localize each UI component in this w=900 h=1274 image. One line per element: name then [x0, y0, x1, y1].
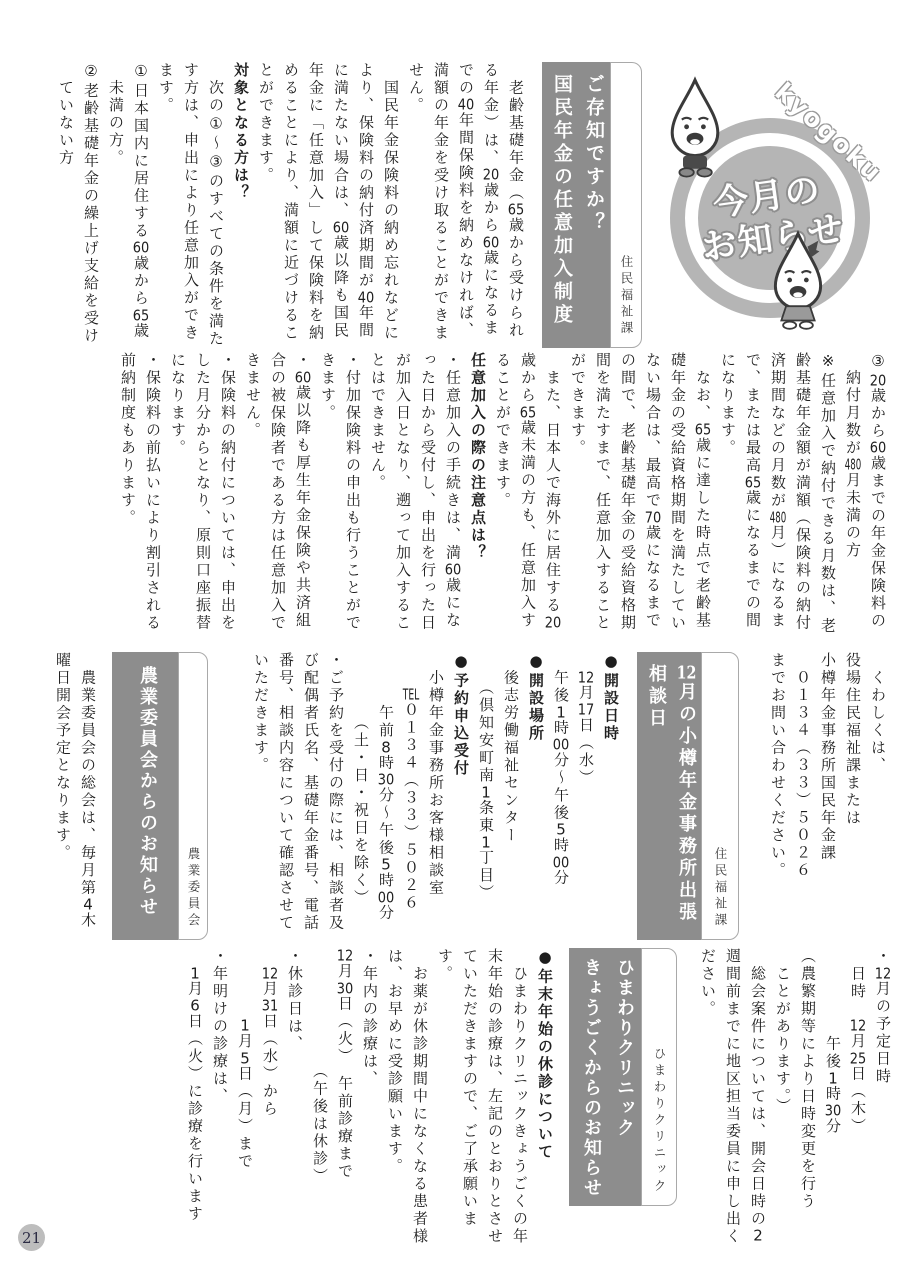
note: ※任意加入で納付できる月数は、老齢基礎年金額が満額（保険料の納付済期間などの月数…	[715, 352, 840, 644]
list-item: ・保険料の前払いにより割引される前納制度もあります。	[115, 352, 165, 644]
article-title-line: 12月の小樽年金事務所出張	[671, 664, 701, 940]
paragraph: （農繁期等により日時変更を行う ことがあります。）	[770, 948, 820, 1248]
list-item: ・年内の診療は、 12月30日（火） 午前診療まで （午後は休診）	[307, 948, 382, 1248]
article-header-pension: ご存知ですか？ 国民年金の任意加入制度 住民福祉課	[542, 62, 642, 348]
paragraph: 小樽年金事務所お客様相談室 TEL０１３４（３３）５０２６ 午前8時30分～午後…	[348, 652, 448, 940]
paragraph: 農業委員会の総会は、毎月第4木曜日開会予定となります。	[50, 652, 100, 940]
article-title-line: 国民年金の任意加入制度	[546, 74, 578, 348]
paragraph: お薬が休診期間中になくなる患者様は、お早めに受診願います。	[382, 948, 432, 1248]
page-number: 21	[18, 1224, 45, 1251]
article-title-line: ひまわりクリニック	[608, 958, 641, 1206]
page-number-label: 21	[22, 1229, 41, 1247]
paragraph: なお、65歳に達した時点で老齢基礎年金の受給資格期間を満たしていない場合は、最高…	[565, 352, 715, 644]
paragraph: くわしくは、 役場住民福祉課または 小樽年金事務所国民年金課 ０１３４（３３）５…	[765, 652, 890, 940]
subheading: 対象となる方は？	[228, 62, 253, 348]
article-title-clinic: ひまわりクリニック きょうごくからのお知らせ	[569, 948, 641, 1206]
subheading: ●年末年始の休診について	[532, 948, 557, 1248]
list-item: ②老齢基礎年金の繰上げ支給を受け ていない方	[53, 62, 103, 348]
paragraph: 後志労働福祉センター （倶知安町南1条東1丁目）	[473, 652, 523, 940]
article-header-clinic: ひまわりクリニック きょうごくからのお知らせ ひまわりクリニック	[569, 948, 677, 1206]
article-title-line: 農業委員会からのお知らせ	[116, 666, 178, 940]
subheading: 任意加入の際の注意点は？	[465, 352, 490, 644]
list-item: ③20歳から60歳までの年金保険料の 納付月数が480月未満の方	[840, 352, 890, 644]
mascot-girl-icon	[759, 230, 837, 330]
section-agriculture-clinic: ・12月の予定日時 日時 12月25日（木） 午後1時30分 （農繁期等により日…	[55, 948, 895, 1248]
list-item: ・12月の予定日時 日時 12月25日（木） 午後1時30分	[820, 948, 895, 1248]
paragraph: ひまわりクリニックきょうごくの年末年始の診療は、左記のとおりとさせていただきます…	[432, 948, 532, 1248]
subheading: ●開設日時	[598, 652, 623, 940]
dept-tag: ひまわりクリニック	[641, 948, 677, 1206]
list-item: ・ご予約を受付の際には、相談者及び配偶者氏名、基礎年金番号、電話番号、相談内容に…	[248, 652, 348, 940]
article-header-pension-office: 12月の小樽年金事務所出張 相談日 住民福祉課	[637, 652, 739, 940]
list-item: ・付加保険料の申出も行うことができます。	[315, 352, 365, 644]
paragraph: 12月17日（水） 午後1時00分～午後5時00分	[548, 652, 598, 940]
dept-tag: 住民福祉課	[610, 62, 642, 348]
article-title-line: 相談日	[641, 664, 671, 940]
list-item: ・任意加入の手続きは、満60歳になった日から受付し、申出を行った日が加入日となり…	[365, 352, 465, 644]
dept-tag: 住民福祉課	[701, 652, 739, 940]
paragraph: 国民年金保険料の納め忘れなどにより、保険料の納付済期間が40年間に満たない場合は…	[253, 62, 403, 348]
subheading: ●開設場所	[523, 652, 548, 940]
article-title-agriculture: 農業委員会からのお知らせ	[112, 652, 178, 940]
list-item: ・60歳以降も厚生年金保険や共済組合の被保険者である方は任意加入できません。	[240, 352, 315, 644]
paragraph: 老齢基礎年金（65歳から受けられる年金）は、20歳から60歳になるまでの40年間…	[403, 62, 528, 348]
section-pension-top: ご存知ですか？ 国民年金の任意加入制度 住民福祉課 老齢基礎年金（65歳から受け…	[62, 62, 642, 348]
list-item: ・保険料の納付については、申出をした月分からとなり、原則口座振替になります。	[165, 352, 240, 644]
subheading: ●予約申込受付	[448, 652, 473, 940]
dept-tag-label: 農業委員会	[184, 847, 202, 930]
section-office-agriculture: くわしくは、 役場住民福祉課または 小樽年金事務所国民年金課 ０１３４（３３）５…	[55, 652, 890, 940]
monthly-notice-logo: kyogoku 今月の お知らせ	[645, 60, 900, 350]
dept-tag-label: 住民福祉課	[617, 255, 635, 338]
section-pension-middle: ③20歳から60歳までの年金保険料の 納付月数が480月未満の方 ※任意加入で納…	[52, 352, 890, 644]
article-title-pension: ご存知ですか？ 国民年金の任意加入制度	[542, 62, 610, 348]
list-item: ・年明けの診療は、 1月6日（火）に診療を行います	[182, 948, 232, 1248]
list-item: ・休診日は、 12月31日（水）から 1月5日（月）まで	[232, 948, 307, 1248]
article-title-pension-office: 12月の小樽年金事務所出張 相談日	[637, 652, 701, 940]
article-header-agriculture: 農業委員会からのお知らせ 農業委員会	[112, 652, 208, 940]
article-title-line: ご存知ですか？	[578, 74, 610, 348]
article-title-line: きょうごくからのお知らせ	[575, 958, 608, 1206]
paragraph: 総会案件については、開会日時の2週間前までに地区担当委員に申し出ください。	[695, 948, 770, 1248]
mascot-boy-icon	[659, 76, 731, 180]
newsletter-page: kyogoku 今月の お知らせ	[0, 0, 900, 1274]
dept-tag: 農業委員会	[178, 652, 208, 940]
list-item: ①日本国内に居住する60歳から65歳 未満の方。	[103, 62, 153, 348]
paragraph: また、日本人で海外に居住する20歳から65歳未満の方も、任意加入することができま…	[490, 352, 565, 644]
dept-tag-label: 住民福祉課	[711, 847, 729, 930]
dept-tag-label: ひまわりクリニック	[650, 1047, 668, 1196]
paragraph: 次の①～③のすべての条件を満たす方は、申出により任意加入ができます。	[153, 62, 228, 348]
